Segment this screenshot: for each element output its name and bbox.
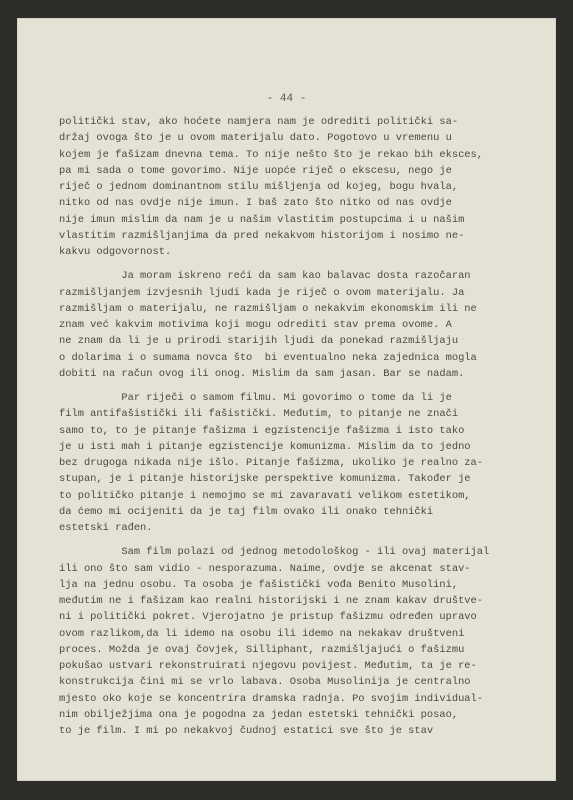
text-line: ne znam da li je u prirodi starijih ljud… [59, 333, 539, 349]
text-line: ovom razlikom,da li idemo na osobu ili i… [59, 626, 539, 642]
text-line: vlastitim razmišljanjima da pred nekakvo… [59, 228, 539, 244]
text-line: nitko od nas ovdje nije imun. I baš zato… [59, 195, 539, 211]
text-line: estetski rađen. [59, 520, 539, 536]
text-line: to je film. I mi po nekakvoj čudnoj esta… [59, 723, 539, 739]
text-line: ili ono što sam vidio - nesporazuma. Nai… [59, 561, 539, 577]
text-line: o dolarima i o sumama novca što bi event… [59, 350, 539, 366]
text-line: lja na jednu osobu. Ta osoba je fašistič… [59, 577, 539, 593]
text-line: znam već kakvim motivima koji mogu odred… [59, 317, 539, 333]
text-line: bez drugoga nikada nije išlo. Pitanje fa… [59, 455, 539, 471]
paragraph-4: Sam film polazi od jednog metodološkog -… [59, 544, 539, 739]
document-body: politički stav, ako hoćete namjera nam j… [59, 114, 539, 739]
text-line: međutim ne i fašizam kao realni historij… [59, 593, 539, 609]
text-line: držaj ovoga što je u ovom materijalu dat… [59, 130, 539, 146]
text-line: film antifašistički ili fašistički. Među… [59, 406, 539, 422]
text-line: Sam film polazi od jednog metodološkog -… [59, 544, 539, 560]
text-line: samo to, to je pitanje fašizma i egziste… [59, 423, 539, 439]
text-line: kakvu odgovornost. [59, 244, 539, 260]
text-line: ni i politički pokret. Vjerojatno je pri… [59, 609, 539, 625]
text-line: politički stav, ako hoćete namjera nam j… [59, 114, 539, 130]
text-line: kojem je fašizam dnevna tema. To nije ne… [59, 147, 539, 163]
text-line: konstrukcija čini mi se vrlo labava. Oso… [59, 674, 539, 690]
text-line: dobiti na račun ovog ili onog. Mislim da… [59, 366, 539, 382]
text-line: razmišljam o materijalu, ne razmišljam o… [59, 301, 539, 317]
paragraph-gap [59, 536, 539, 544]
paragraph-2: Ja moram iskreno reći da sam kao balavac… [59, 268, 539, 382]
text-line: pa mi sada o tome govorimo. Nije uopće r… [59, 163, 539, 179]
page-number: - 44 - [17, 93, 556, 105]
text-line: razmišljanjem izvjesnih ljudi kada je ri… [59, 285, 539, 301]
text-line: proces. Možda je ovaj čovjek, Silliphant… [59, 642, 539, 658]
text-line: to političko pitanje i nemojmo se mi zav… [59, 488, 539, 504]
text-line: pokušao ustvari rekonstruirati njegovu p… [59, 658, 539, 674]
text-line: nim obilježjima ona je pogodna za jedan … [59, 707, 539, 723]
text-line: riječ o jednom dominantnom stilu mišljen… [59, 179, 539, 195]
text-line: je u isti mah i pitanje egzistencije kom… [59, 439, 539, 455]
text-line: Par riječi o samom filmu. Mi govorimo o … [59, 390, 539, 406]
text-line: Ja moram iskreno reći da sam kao balavac… [59, 268, 539, 284]
text-line: stupan, je i pitanje historijske perspek… [59, 471, 539, 487]
text-line: da ćemo mi ocijeniti da je taj film ovak… [59, 504, 539, 520]
text-line: mjesto oko koje se koncentrira dramska r… [59, 691, 539, 707]
paragraph-gap [59, 382, 539, 390]
text-line: nije imun mislim da nam je u našim vlast… [59, 212, 539, 228]
paragraph-gap [59, 260, 539, 268]
typewritten-page: - 44 - politički stav, ako hoćete namjer… [17, 18, 556, 781]
paragraph-3: Par riječi o samom filmu. Mi govorimo o … [59, 390, 539, 536]
paragraph-1: politički stav, ako hoćete namjera nam j… [59, 114, 539, 260]
